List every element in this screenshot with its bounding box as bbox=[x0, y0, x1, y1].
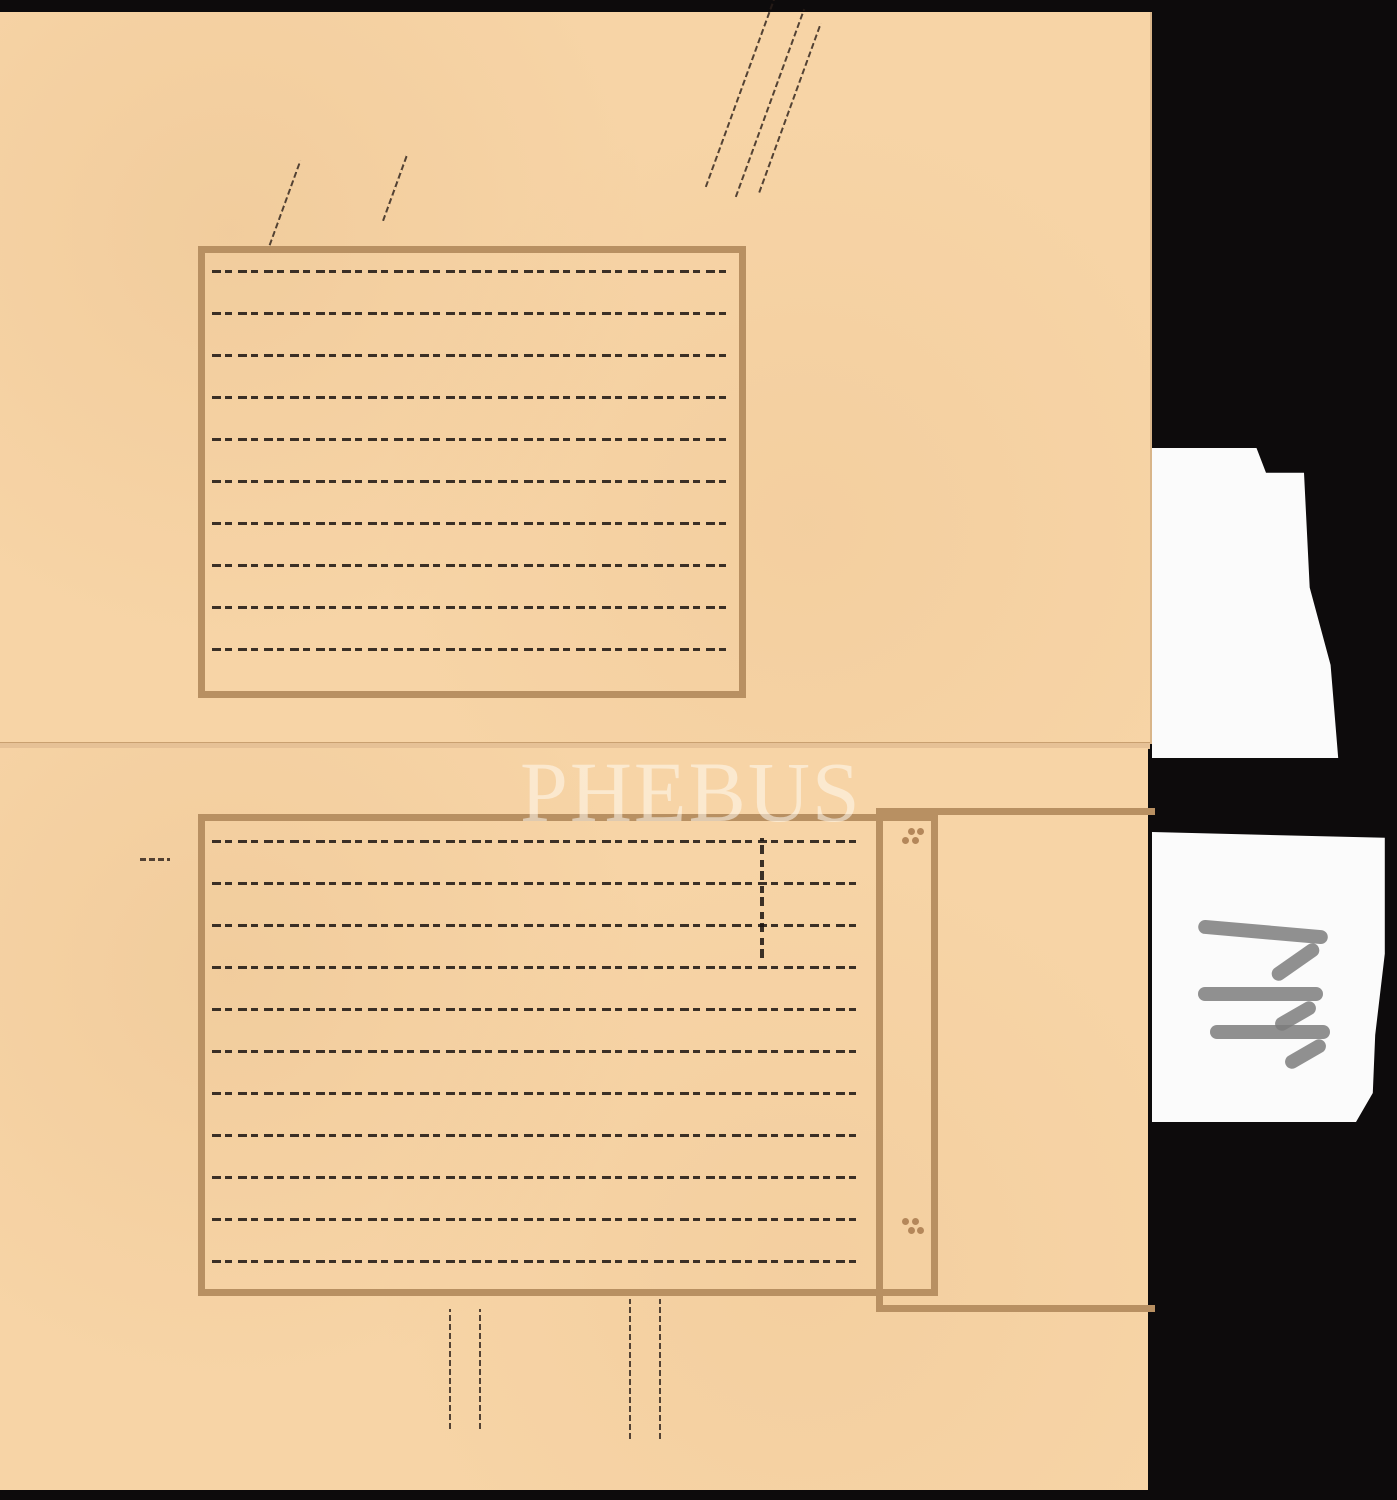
marginal-note bbox=[735, 9, 805, 198]
text-line bbox=[212, 312, 732, 315]
text-line bbox=[212, 606, 732, 609]
marginal-note bbox=[705, 0, 775, 187]
corner-ornament bbox=[902, 828, 924, 846]
marginal-note bbox=[479, 1309, 481, 1429]
folio-mark: Folio mark in margin bbox=[140, 858, 170, 861]
text-line bbox=[212, 1260, 862, 1263]
corner-ornament bbox=[902, 1218, 924, 1236]
text-line bbox=[212, 648, 732, 651]
text-line bbox=[212, 480, 732, 483]
text-line bbox=[212, 396, 732, 399]
text-line bbox=[212, 924, 862, 927]
marginal-note bbox=[382, 155, 408, 221]
marginal-note bbox=[659, 1299, 661, 1439]
text-line bbox=[212, 966, 862, 969]
marginal-note bbox=[629, 1299, 631, 1439]
paper-slip-upper bbox=[1152, 448, 1342, 758]
text-line bbox=[212, 1008, 862, 1011]
marginal-note bbox=[269, 160, 302, 245]
outer-frame-bottom bbox=[876, 808, 1155, 1312]
text-line bbox=[212, 1050, 862, 1053]
text-line bbox=[212, 564, 732, 567]
page-heading bbox=[760, 838, 764, 958]
manuscript-page-top bbox=[0, 12, 1152, 744]
text-line bbox=[212, 882, 862, 885]
text-line bbox=[212, 270, 732, 273]
text-frame-bottom bbox=[198, 814, 938, 1296]
watermark: PHEBUS bbox=[520, 742, 862, 842]
text-line bbox=[212, 354, 732, 357]
shelfmark-number: 111 bbox=[1198, 925, 1348, 1075]
text-line bbox=[212, 1092, 862, 1095]
text-line bbox=[212, 522, 732, 525]
text-line bbox=[212, 1134, 862, 1137]
manuscript-page-bottom: Folio mark in margin bbox=[0, 748, 1148, 1490]
text-line bbox=[212, 1176, 862, 1179]
marginal-note bbox=[449, 1309, 451, 1429]
text-line bbox=[212, 1218, 862, 1221]
text-line bbox=[212, 438, 732, 441]
